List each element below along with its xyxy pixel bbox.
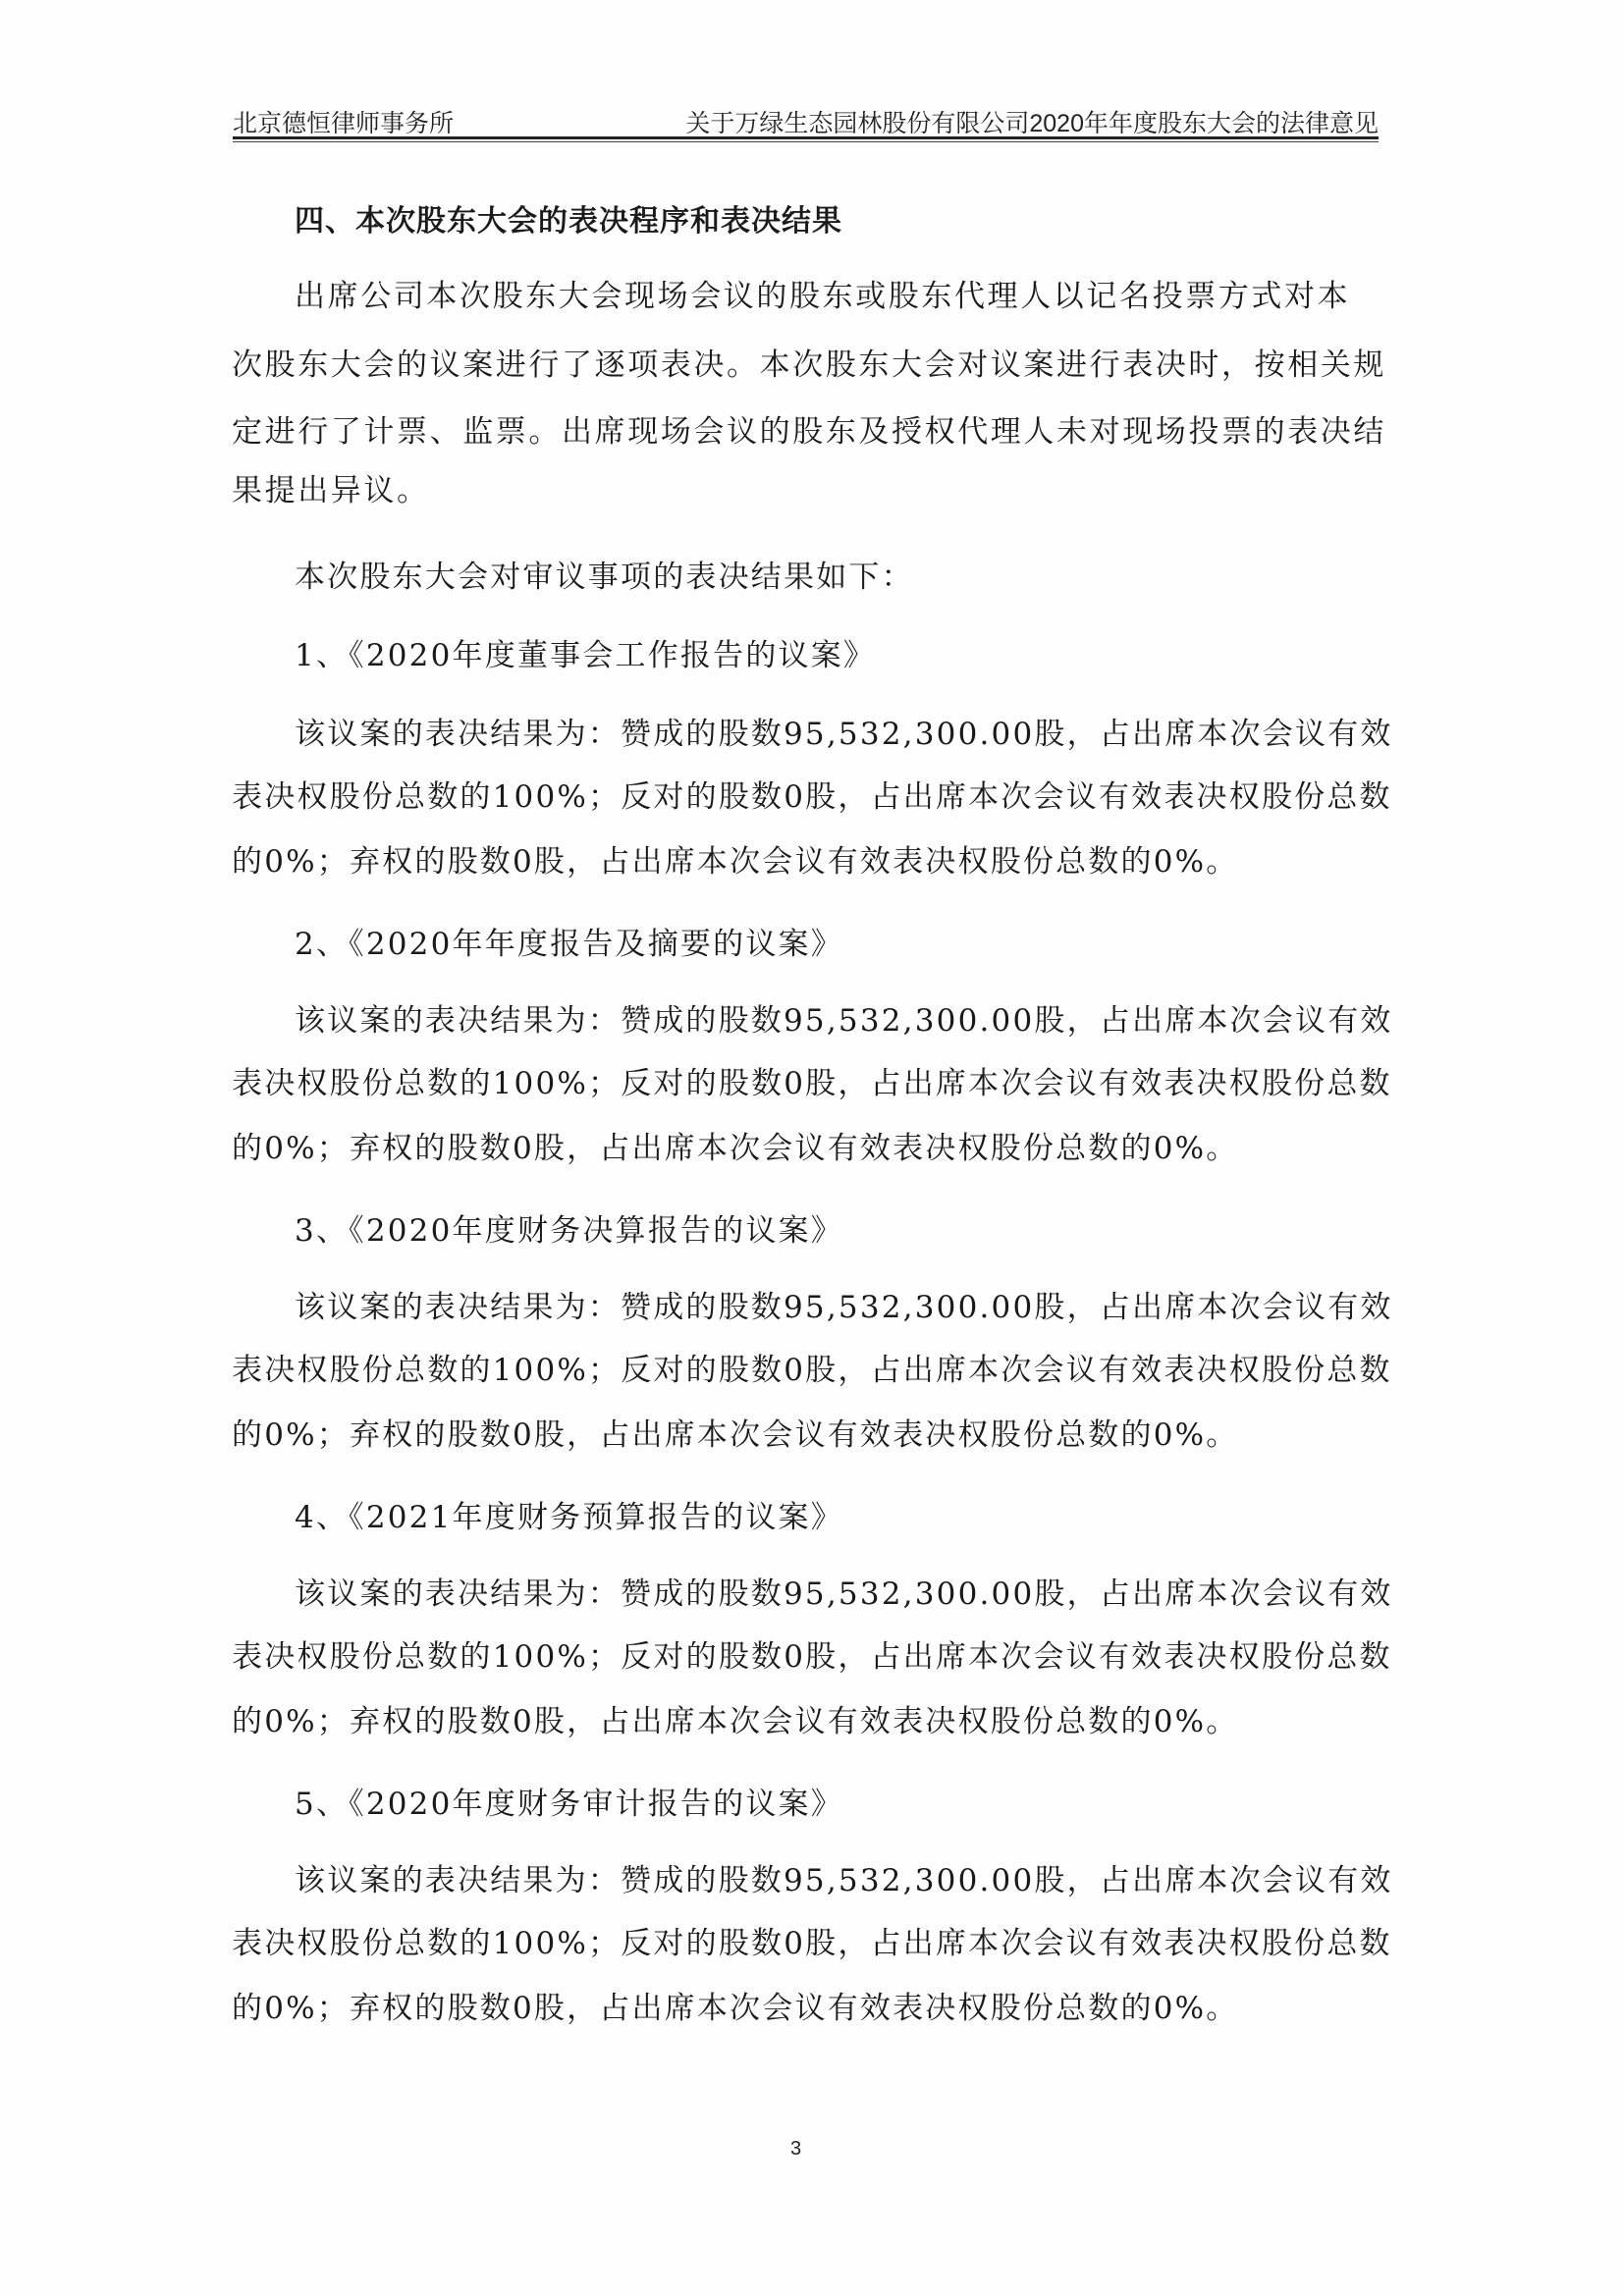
- proposal-title: 2、《2020年年度报告及摘要的议案》: [295, 925, 843, 964]
- section-title: 四、本次股东大会的表决程序和表决结果: [295, 202, 842, 241]
- page-header: 北京德恒律师事务所 关于万绿生态园林股份有限公司2020年年度股东大会的法律意见: [233, 94, 1379, 139]
- proposal-result-line: 的0%；弃权的股数0股，占出席本次会议有效表决权股份总数的0%。: [232, 1702, 1238, 1741]
- document-page: 北京德恒律师事务所 关于万绿生态园林股份有限公司2020年年度股东大会的法律意见…: [0, 0, 1623, 2296]
- proposal-title: 1、《2020年度董事会工作报告的议案》: [295, 636, 876, 675]
- proposal-result-line: 的0%；弃权的股数0股，占出席本次会议有效表决权股份总数的0%。: [232, 842, 1238, 881]
- header-firm-name: 北京德恒律师事务所: [233, 104, 454, 139]
- page-number: 3: [790, 2138, 801, 2161]
- proposal-result-line: 表决权股份总数的100%；反对的股数0股，占出席本次会议有效表决权股份总数: [232, 1351, 1392, 1390]
- paragraph-line: 出席公司本次股东大会现场会议的股东或股东代理人以记名投票方式对本: [295, 277, 1350, 316]
- proposal-result-line: 表决权股份总数的100%；反对的股数0股，占出席本次会议有效表决权股份总数: [232, 1064, 1392, 1103]
- proposal-result-line: 表决权股份总数的100%；反对的股数0股，占出席本次会议有效表决权股份总数: [232, 1924, 1392, 1963]
- proposal-result-line: 的0%；弃权的股数0股，占出席本次会议有效表决权股份总数的0%。: [232, 1129, 1238, 1168]
- proposal-result-line: 的0%；弃权的股数0股，占出席本次会议有效表决权股份总数的0%。: [232, 1989, 1238, 2028]
- results-intro: 本次股东大会对审议事项的表决结果如下：: [295, 558, 914, 597]
- proposal-result-line: 表决权股份总数的100%；反对的股数0股，占出席本次会议有效表决权股份总数: [232, 1637, 1392, 1677]
- paragraph-line: 定进行了计票、监票。出席现场会议的股东及授权代理人未对现场投票的表决结: [232, 412, 1386, 452]
- proposal-result-line: 该议案的表决结果为：赞成的股数95,532,300.00股，占出席本次会议有效: [295, 1861, 1393, 1900]
- proposal-result-line: 表决权股份总数的100%；反对的股数0股，占出席本次会议有效表决权股份总数: [232, 777, 1392, 817]
- proposal-result-line: 该议案的表决结果为：赞成的股数95,532,300.00股，占出席本次会议有效: [295, 1575, 1393, 1614]
- paragraph-line: 果提出异议。: [232, 471, 430, 510]
- proposal-result-line: 该议案的表决结果为：赞成的股数95,532,300.00股，占出席本次会议有效: [295, 1288, 1393, 1327]
- proposal-title: 5、《2020年度财务审计报告的议案》: [295, 1785, 843, 1824]
- proposal-result-line: 该议案的表决结果为：赞成的股数95,532,300.00股，占出席本次会议有效: [295, 715, 1393, 754]
- header-divider-thin: [233, 141, 1379, 142]
- proposal-title: 4、《2021年度财务预算报告的议案》: [295, 1498, 843, 1537]
- proposal-result-line: 的0%；弃权的股数0股，占出席本次会议有效表决权股份总数的0%。: [232, 1415, 1238, 1455]
- header-divider: [233, 136, 1379, 139]
- proposal-title: 3、《2020年度财务决算报告的议案》: [295, 1211, 843, 1251]
- header-document-title: 关于万绿生态园林股份有限公司2020年年度股东大会的法律意见: [685, 104, 1379, 139]
- paragraph-line: 次股东大会的议案进行了逐项表决。本次股东大会对议案进行表决时，按相关规: [232, 346, 1386, 385]
- proposal-result-line: 该议案的表决结果为：赞成的股数95,532,300.00股，占出席本次会议有效: [295, 1001, 1393, 1041]
